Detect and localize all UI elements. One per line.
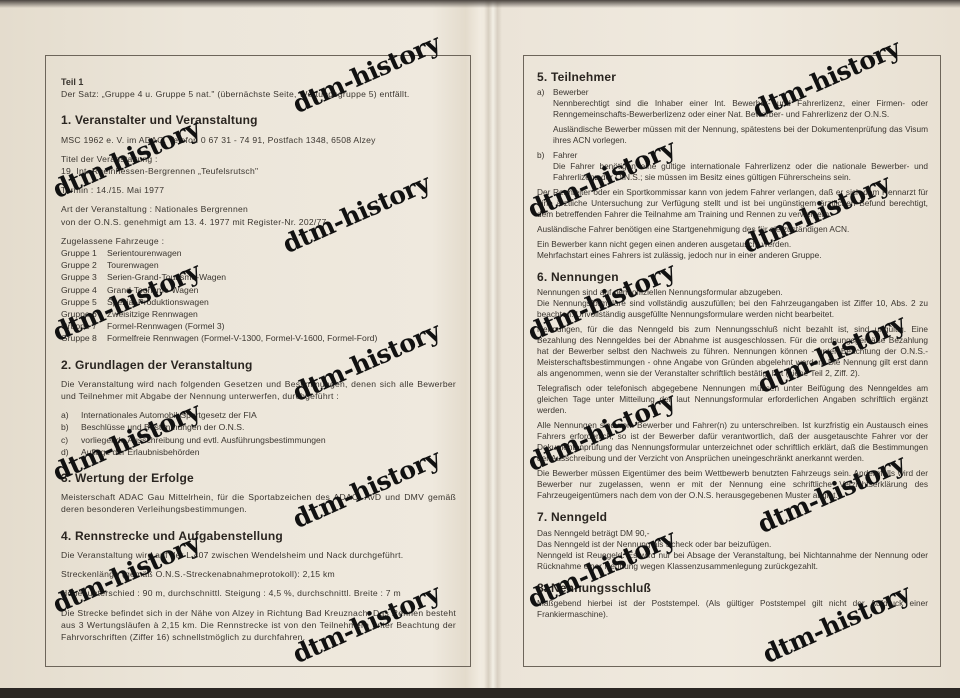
- regulations-list: a)Internationales Automobil-Sportgesetz …: [61, 409, 456, 458]
- list-text: Beschlüsse und Bestimmungen der O.N.S.: [81, 421, 244, 433]
- paragraph: Mehrfachstart eines Fahrers ist zulässig…: [537, 250, 928, 261]
- subsection-title: Fahrer: [553, 150, 577, 161]
- subsection-b-body: Die Fahrer benötigen eine gültige intern…: [537, 161, 928, 183]
- paragraph: Telegrafisch oder telefonisch abgegebene…: [537, 383, 928, 416]
- event-type: Art der Veranstaltung : Nationales Bergr…: [61, 203, 456, 215]
- list-label: d): [61, 446, 81, 458]
- group-row: Gruppe 1Serientourenwagen: [61, 247, 456, 259]
- group-label: Gruppe 1: [61, 247, 107, 259]
- subsection-b: b)Fahrer: [537, 150, 928, 161]
- section-4-length: Streckenlänge (gemäß O.N.S.-Streckenabna…: [61, 568, 456, 580]
- group-name: Zweisitzige Rennwagen: [107, 308, 198, 320]
- page-gutter: [484, 0, 502, 690]
- paragraph: Ein Bewerber kann nicht gegen einen ande…: [537, 239, 928, 250]
- subsection-label: b): [537, 150, 553, 161]
- section-6-heading: 6. Nennungen: [537, 271, 928, 283]
- paragraph: Das Nenngeld ist der Nennung als Scheck …: [537, 539, 928, 550]
- paragraph: Maßgebend hierbei ist der Poststempel. (…: [537, 598, 928, 620]
- event-title-label: Titel der Veranstaltung :: [61, 153, 456, 165]
- group-name: Grand-Tourisme-Wagen: [107, 284, 198, 296]
- group-name: Formelfreie Rennwagen (Formel-V-1300, Fo…: [107, 332, 377, 344]
- group-row: Gruppe 4Grand-Tourisme-Wagen: [61, 284, 456, 296]
- subsection-label: a): [537, 87, 553, 98]
- section-4-elevation: Höhenunterschied : 90 m, durchschnittl. …: [61, 587, 456, 599]
- subsection-a-body: Nennberechtigt sind die Inhaber einer In…: [537, 98, 928, 146]
- section-8-heading: 8. Nennungsschluß: [537, 582, 928, 594]
- group-label: Gruppe 8: [61, 332, 107, 344]
- list-text: vorliegende Ausschreibung und evtl. Ausf…: [81, 434, 326, 446]
- vehicles-label: Zugelassene Fahrzeuge :: [61, 235, 456, 247]
- group-row: Gruppe 2Tourenwagen: [61, 259, 456, 271]
- paragraph: Ausländische Bewerber müssen mit der Nen…: [553, 124, 928, 146]
- paragraph: Nennberechtigt sind die Inhaber einer In…: [553, 98, 928, 120]
- group-row: Gruppe 8Formelfreie Rennwagen (Formel-V-…: [61, 332, 456, 344]
- event-date: Termin : 14./15. Mai 1977: [61, 184, 456, 196]
- organizer-line: MSC 1962 e. V. im ADAC, Telefon 0 67 31 …: [61, 134, 456, 146]
- section-3-heading: 3. Wertung der Erfolge: [61, 472, 456, 484]
- paragraph: Das Nenngeld beträgt DM 90,-: [537, 528, 928, 539]
- event-approval: von der O.N.S. genehmigt am 13. 4. 1977 …: [61, 216, 456, 228]
- left-page: Teil 1 Der Satz: „Gruppe 4 u. Gruppe 5 n…: [45, 55, 471, 667]
- group-row: Gruppe 7Formel-Rennwagen (Formel 3): [61, 320, 456, 332]
- list-text: Auflage der Erlaubnisbehörden: [81, 446, 200, 458]
- group-row: Gruppe 6Zweisitzige Rennwagen: [61, 308, 456, 320]
- paragraph: Die Nennungsformulare sind vollständig a…: [537, 298, 928, 320]
- list-item: a)Internationales Automobil-Sportgesetz …: [61, 409, 456, 421]
- paragraph: Nennungen sind auf dem offiziellen Nennu…: [537, 287, 928, 298]
- group-label: Gruppe 4: [61, 284, 107, 296]
- group-label: Gruppe 2: [61, 259, 107, 271]
- paragraph: Ausländische Fahrer benötigen eine Start…: [537, 224, 928, 235]
- scan-edge: [0, 688, 960, 698]
- paragraph: Alle Nennungen sind vom Bewerber und Fah…: [537, 420, 928, 464]
- group-name: Formel-Rennwagen (Formel 3): [107, 320, 224, 332]
- group-row: Gruppe 3Serien-Grand-Tourisme-Wagen: [61, 271, 456, 283]
- list-text: Internationales Automobil-Sportgesetz de…: [81, 409, 257, 421]
- scanned-document-spread: Teil 1 Der Satz: „Gruppe 4 u. Gruppe 5 n…: [0, 0, 960, 690]
- list-label: a): [61, 409, 81, 421]
- paragraph: Der Rennleiter oder ein Sportkommissar k…: [537, 187, 928, 220]
- section-1-heading: 1. Veranstalter und Veranstaltung: [61, 114, 456, 126]
- list-item: d)Auflage der Erlaubnisbehörden: [61, 446, 456, 458]
- group-label: Gruppe 6: [61, 308, 107, 320]
- paragraph: Die Fahrer benötigen eine gültige intern…: [553, 161, 928, 183]
- section-2-heading: 2. Grundlagen der Veranstaltung: [61, 359, 456, 371]
- list-item: c)vorliegende Ausschreibung und evtl. Au…: [61, 434, 456, 446]
- list-label: c): [61, 434, 81, 446]
- group-name: Tourenwagen: [107, 259, 159, 271]
- subsection-title: Bewerber: [553, 87, 589, 98]
- group-row: Gruppe 5Spezial-Produktionswagen: [61, 296, 456, 308]
- group-name: Serientourenwagen: [107, 247, 182, 259]
- teil-title: Teil 1: [61, 76, 456, 88]
- group-name: Spezial-Produktionswagen: [107, 296, 209, 308]
- section-5-heading: 5. Teilnehmer: [537, 71, 928, 83]
- paragraph: Nenngeld ist Reuegeld. Es wird nur bei A…: [537, 550, 928, 572]
- group-label: Gruppe 3: [61, 271, 107, 283]
- section-2-intro: Die Veranstaltung wird nach folgenden Ge…: [61, 378, 456, 402]
- vehicle-groups-list: Gruppe 1Serientourenwagen Gruppe 2Touren…: [61, 247, 456, 345]
- section-4-heading: 4. Rennstrecke und Aufgabenstellung: [61, 530, 456, 542]
- section-3-text: Meisterschaft ADAC Gau Mittelrhein, für …: [61, 491, 456, 515]
- group-label: Gruppe 5: [61, 296, 107, 308]
- event-title-value: 19. Int. Rheinhessen-Bergrennen „Teufels…: [61, 165, 456, 177]
- section-7-heading: 7. Nenngeld: [537, 511, 928, 523]
- subsection-a: a)Bewerber: [537, 87, 928, 98]
- section-4-route: Die Veranstaltung wird auf der L 407 zwi…: [61, 549, 456, 561]
- section-4-description: Die Strecke befindet sich in der Nähe vo…: [61, 607, 456, 644]
- teil-text: Der Satz: „Gruppe 4 u. Gruppe 5 nat." (ü…: [61, 88, 456, 100]
- list-label: b): [61, 421, 81, 433]
- group-name: Serien-Grand-Tourisme-Wagen: [107, 271, 226, 283]
- right-page: 5. Teilnehmer a)Bewerber Nennberechtigt …: [523, 55, 941, 667]
- paragraph: Die Bewerber müssen Eigentümer des beim …: [537, 468, 928, 501]
- list-item: b)Beschlüsse und Bestimmungen der O.N.S.: [61, 421, 456, 433]
- group-label: Gruppe 7: [61, 320, 107, 332]
- paragraph: Nennungen, für die das Nenngeld bis zum …: [537, 324, 928, 379]
